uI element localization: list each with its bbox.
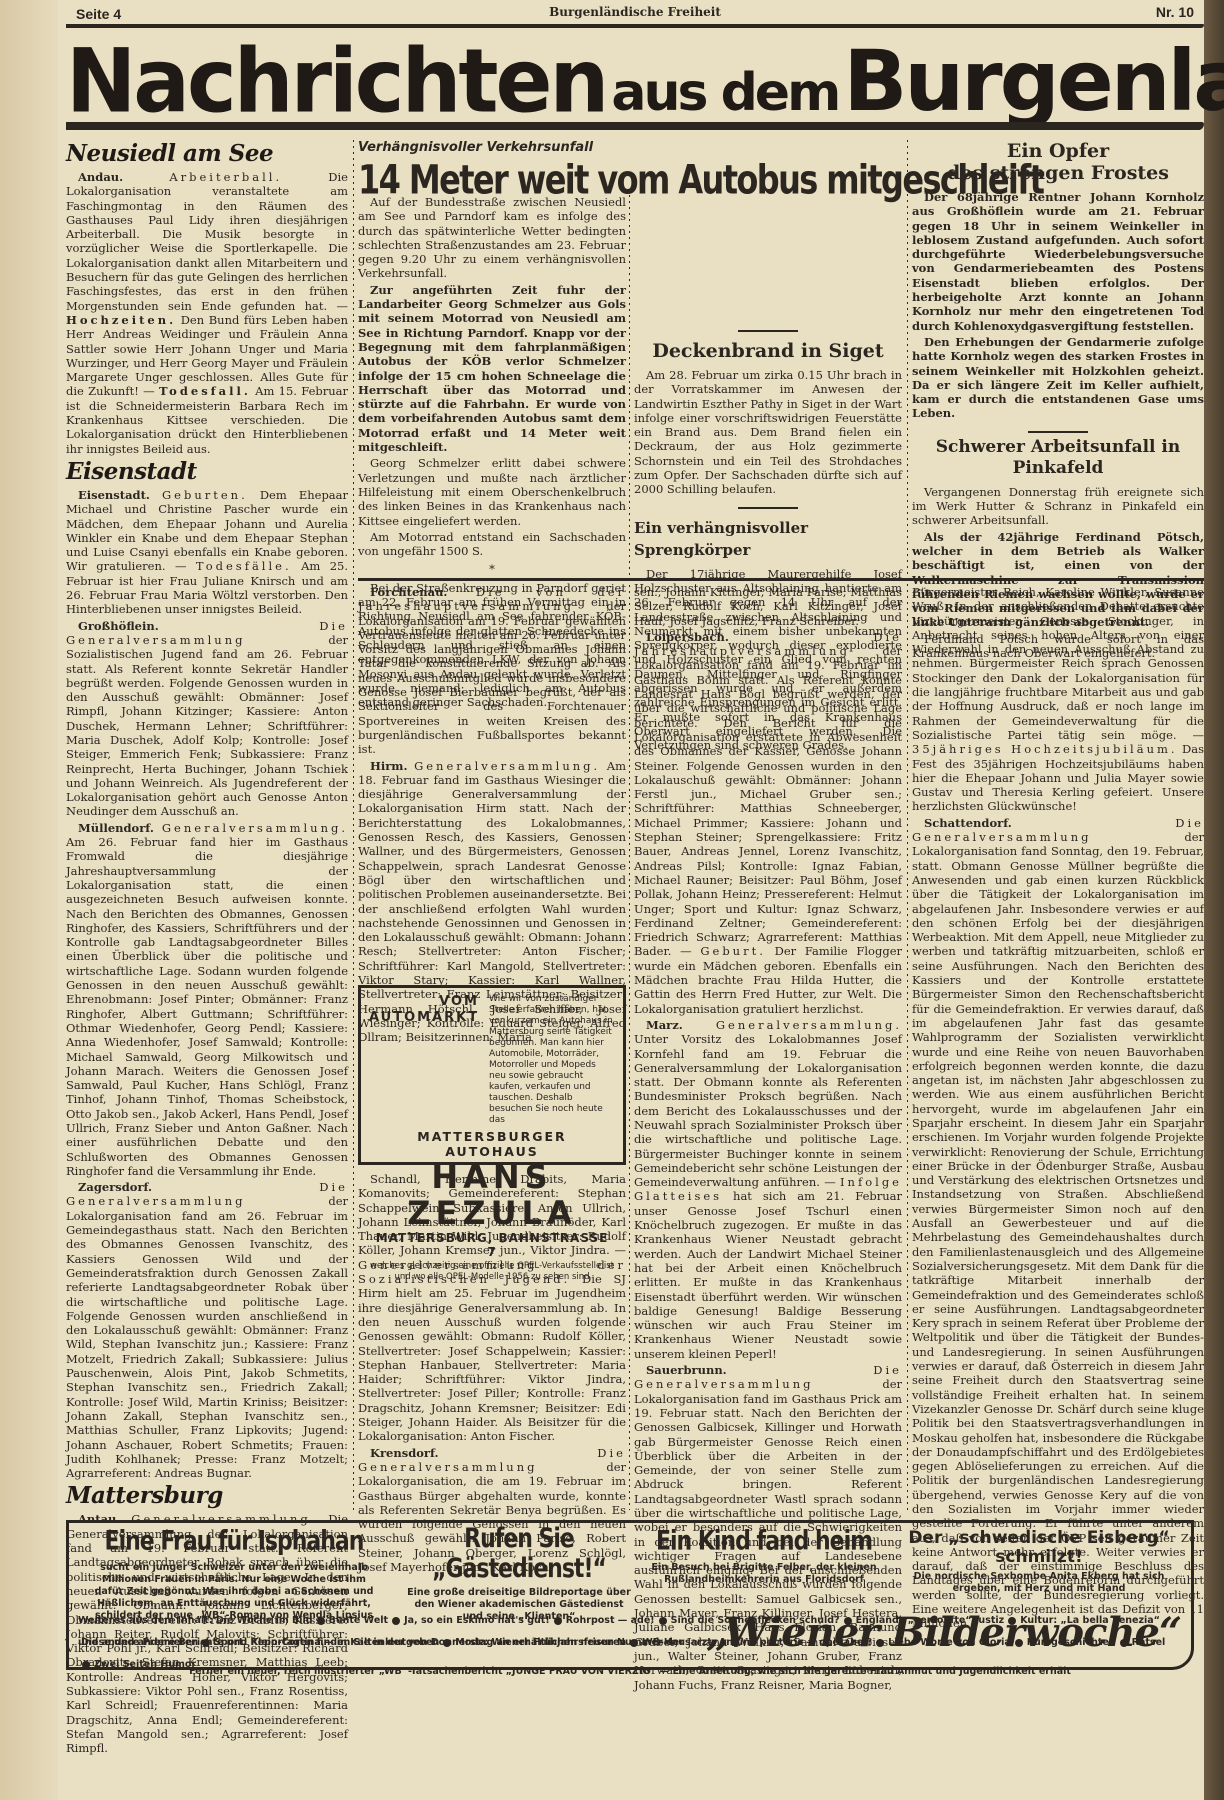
magazine-item: Englands „verzopfte“ Justiz — [856, 1615, 1005, 1626]
scan-left-margin — [0, 0, 58, 1800]
headline-deckenbrand: Deckenbrand in Siget — [634, 340, 902, 362]
column-lower-2: Forchtenau. Die von der Jahreshauptversa… — [358, 585, 626, 1047]
bullet-icon — [1120, 1639, 1128, 1647]
article-eisenstadt: Eisenstadt. Geburten. Dem Ehepaar Michae… — [66, 488, 348, 617]
magazine-item: WB-Hausarzt: Angina pectoris — operabel? — [642, 1637, 872, 1648]
bullet-icon — [844, 1617, 852, 1625]
column-divider — [629, 195, 630, 1510]
article-schattendorf: Schattendorf. Die Generalversammlung der… — [912, 816, 1204, 1631]
headline-sprengkoerper: Ein verhängnisvoller Sprengkörper — [634, 517, 902, 561]
headline-frost: Ein Opferdes strengen Frostes — [912, 140, 1204, 184]
article-forchtenau: Forchtenau. Die von der Jahreshauptversa… — [358, 585, 626, 757]
magazine-footer: Ferner ein neuer, reich illustrierter „W… — [66, 1666, 1194, 1677]
column-lower-4: Bürgermeister Reich, Karoline Winkler, S… — [912, 585, 1204, 1633]
section-rule — [358, 578, 1204, 581]
magazine-item: Sport: Klein-Cortina — in Kaltenleutgebe… — [214, 1637, 439, 1648]
bullet-icon — [1008, 1617, 1016, 1625]
article-andau: Andau. Arbeiterball. Die Lokalorganisati… — [66, 170, 348, 456]
magazine-item: Liebe Worte von Gloria — [888, 1637, 1011, 1648]
article-frost-p1: Der 68jährige Rentner Johann Kornholz au… — [912, 190, 1204, 333]
separator-asterisk: * — [358, 562, 626, 576]
section-title-mattersburg: Mattersburg — [66, 1482, 348, 1510]
article-zagersdorf: Zagersdorf. Die Generalversammlung der L… — [66, 1180, 348, 1480]
column-divider — [907, 140, 908, 1510]
short-rule — [738, 330, 798, 332]
bullet-icon — [392, 1617, 400, 1625]
article-deckenbrand: Am 28. Februar um zirka 0.15 Uhr brach i… — [634, 368, 902, 497]
article-hirm-cont: Schandl, Hermine Drabits, Maria Komanovi… — [358, 1172, 626, 1444]
section-masthead: Nachrichten aus dem Burgenland — [66, 32, 1204, 120]
masthead-word-3: Burgenland — [843, 32, 1224, 130]
bullet-icon — [1015, 1639, 1023, 1647]
article-grosshoeflein: Großhöflein. Die Generalversammlung der … — [66, 619, 348, 819]
bullet-icon — [659, 1617, 667, 1625]
magazine-item: Bunte Welt — [329, 1615, 388, 1626]
section-title-eisenstadt: Eisenstadt — [66, 458, 348, 486]
ad-vom-automarkt: VOMAUTOMARKT — [369, 994, 479, 1026]
magazine-item: Rätsel — [1132, 1637, 1166, 1648]
column-accidents: Ein Opferdes strengen Frostes Der 68jähr… — [912, 140, 1204, 662]
lead-story-kicker: Verhängnisvoller Verkehrsunfall — [358, 140, 878, 155]
teaser-gaestedienst: Rufen Sie „Gästedienst!“ Eine große drei… — [404, 1529, 634, 1623]
section-title-neusiedl: Neusiedl am See — [66, 140, 348, 168]
ad-line-1: MATTERSBURGER AUTOHAUS — [369, 1129, 615, 1159]
bullet-icon — [630, 1639, 638, 1647]
headline-arbeitsunfall: Schwerer Arbeitsunfall in Pinkafeld — [912, 437, 1204, 479]
top-rule — [66, 24, 1204, 28]
article-frost-p2: Den Erhebungen der Gendarmerie zufolge h… — [912, 335, 1204, 421]
masthead-word-1: Nachrichten — [66, 30, 606, 133]
bullet-icon — [554, 1617, 562, 1625]
teaser-isphahan: Eine Frau für Isphahan sucht ein junger … — [89, 1529, 379, 1622]
scan-right-binding — [1204, 0, 1224, 1800]
bullet-icon — [876, 1639, 884, 1647]
masthead-rule — [66, 122, 1204, 130]
magazine-item: Sind die Sonnenflecken schuld? — [671, 1615, 840, 1626]
magazine-item: Die Woche im Bild — [216, 1615, 313, 1626]
short-rule — [1028, 431, 1088, 433]
column-lower-2b: Schandl, Hermine Drabits, Maria Komanovi… — [358, 1172, 626, 1576]
bullet-icon — [317, 1617, 325, 1625]
paper-name: Burgenländische Freiheit — [66, 5, 1204, 19]
column-regional-news: Neusiedl am See Andau. Arbeiterball. Die… — [66, 140, 348, 1757]
article-marz: Marz. Generalversammlung. Unter Vorsitz … — [634, 1018, 902, 1361]
column-divider — [353, 140, 354, 1510]
newspaper-page: Seite 4 Burgenländische Freiheit Nr. 10 … — [66, 0, 1204, 1800]
bullet-icon — [202, 1639, 210, 1647]
ad-intro-text: Wie wir von zuständiger Stelle erfahren … — [489, 994, 615, 1126]
running-head: Seite 4 Burgenländische Freiheit Nr. 10 — [66, 4, 1204, 22]
magazine-item: Kurzgeschichten — [1027, 1637, 1116, 1648]
issue-number: Nr. 10 — [1156, 4, 1194, 20]
article-muellendorf: Müllendorf. Generalversammlung. Am 26. F… — [66, 821, 348, 1178]
bullet-icon — [443, 1639, 451, 1647]
teaser-schwedischer-eisberg: Der „schwedische Eisberg“ schmilzt! Die … — [899, 1529, 1179, 1595]
teaser-kind-fand-heim: Ein Kind fand heim Ein Besuch bei Brigit… — [649, 1529, 879, 1586]
magazine-item: Mode: Wiener Frühjahrsfrisuren — [455, 1637, 626, 1648]
masthead-word-2: aus dem — [611, 63, 838, 123]
magazine-item: Ja, so ein Eskimo hat's gut! — [404, 1615, 550, 1626]
ad-autohaus-zezula: VOMAUTOMARKT Wie wir von zuständiger Ste… — [358, 985, 626, 1165]
magazine-item: Rohrpost — ade! — [566, 1615, 655, 1626]
short-rule — [738, 507, 798, 509]
article-loipersbach: Loipersbach. Die Jahreshauptversammlung … — [634, 630, 902, 1016]
